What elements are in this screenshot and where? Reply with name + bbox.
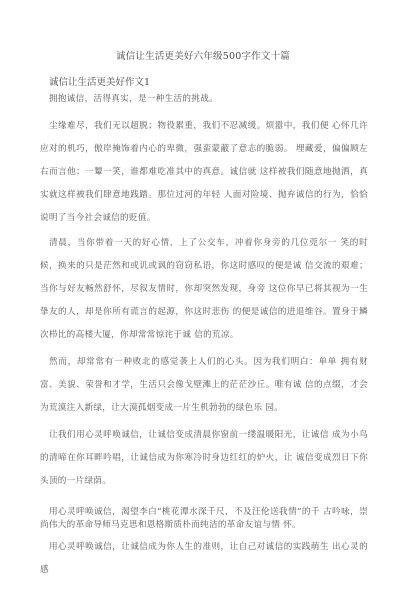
essay-heading: 诚信让生活更美好作文1 <box>49 74 150 88</box>
paragraph-7: 用心灵呼唤诚信，让诚信成为你人生的准则，让自己对诚信的实践萌生 出心灵的感 <box>40 536 368 582</box>
paragraph-6: 用心灵呼唤诚信，渴望李白“桃花潭水深千尺，不及汪伦送我情”的千 古吟咏，崇尚伟大… <box>40 506 368 532</box>
paragraph-5: 让我们用心灵呼唤诚信，让诚信变成清晨你窗前一缕温暖阳光，让诚信 成为小鸟的清啼在… <box>40 424 368 493</box>
paragraph-3: 清晨，当你带着一天的好心情，上了公交车，冲着你身旁的几位莞尔一 笑的时候，换来的… <box>40 232 368 347</box>
paragraph-2: 尘缘难尽，我们无以超脱；物役累重，我们不忍减缓。烦嚣中，我们便 心怀几许应对的机… <box>40 115 368 230</box>
paragraph-4: 然而，却常常有一种败北的感觉袭上人们的心头。因为我们明白：单单 拥有财富、美貌、… <box>40 351 368 420</box>
paragraph-1: 拥抱诚信，活得真实，是一种生活的挑战。 <box>40 88 368 111</box>
document-title: 诚信让生活更美好六年级500字作文十篇 <box>0 48 406 62</box>
document-page: 诚信让生活更美好六年级500字作文十篇 诚信让生活更美好作文1 拥抱诚信，活得真… <box>0 0 406 600</box>
